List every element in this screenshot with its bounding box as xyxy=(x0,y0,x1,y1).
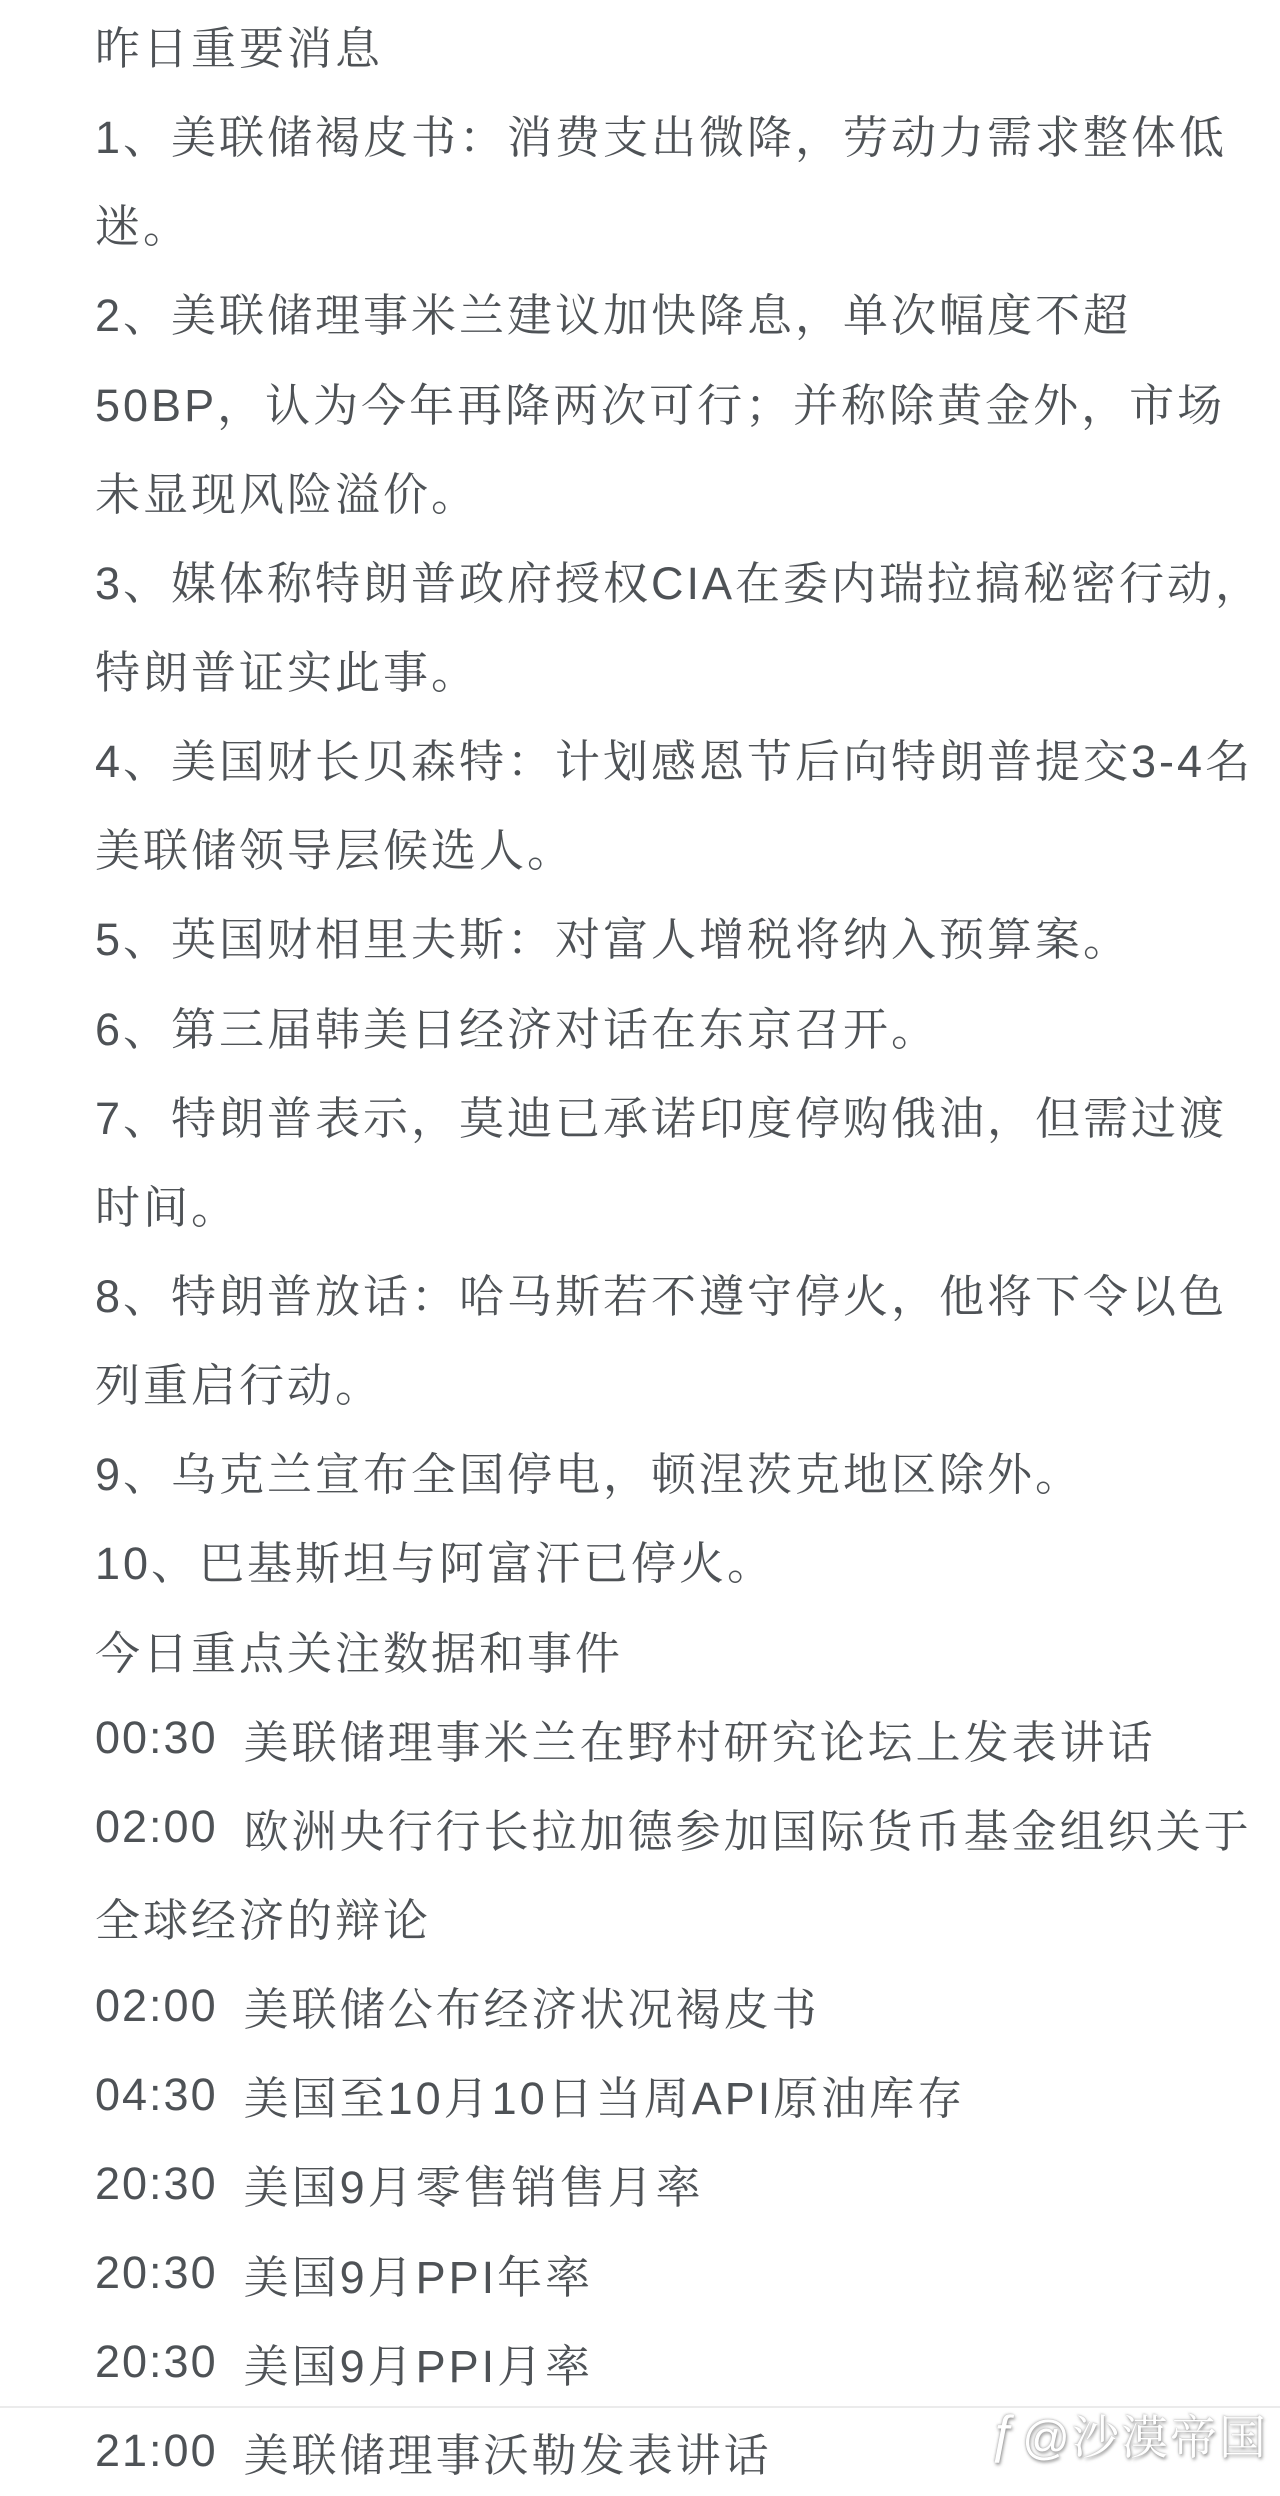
news-item-text: 特朗普证实此事。 xyxy=(95,636,479,701)
news-item-text: 6、第三届韩美日经济对话在东京召开。 xyxy=(95,993,939,1058)
event-time: 02:00 xyxy=(95,1980,218,2032)
news-item-7-line-1: 7、特朗普表示，莫迪已承诺印度停购俄油，但需过渡 xyxy=(95,1070,1280,1159)
news-item-4-line-1: 4、美国财长贝森特：计划感恩节后向特朗普提交3-4名 xyxy=(95,713,1280,802)
event-text: 欧洲央行行长拉加德参加国际货币基金组织关于 xyxy=(244,1795,1252,1860)
news-item-text: 迷。 xyxy=(95,190,191,255)
article-body: 昨日重要消息1、美联储褐皮书：消费支出微降，劳动力需求整体低迷。2、美联储理事米… xyxy=(0,0,1280,2496)
news-item-text: 10、巴基斯坦与阿富汗已停火。 xyxy=(95,1527,775,1592)
event-7-line-1: 20:30美国9月PPI月率 xyxy=(95,2318,1280,2407)
news-item-6-line-1: 6、第三届韩美日经济对话在东京召开。 xyxy=(95,981,1280,1070)
event-text: 美联储理事沃勒发表讲话 xyxy=(244,2419,772,2484)
event-time: 00:30 xyxy=(95,1712,218,1764)
news-item-text: 列重启行动。 xyxy=(95,1349,383,1414)
event-text: 美国9月PPI月率 xyxy=(244,2330,594,2395)
event-time: 20:30 xyxy=(95,2158,218,2210)
news-item-text: 7、特朗普表示，莫迪已承诺印度停购俄油，但需过渡 xyxy=(95,1082,1227,1147)
news-item-1-line-1: 1、美联储褐皮书：消费支出微降，劳动力需求整体低 xyxy=(95,89,1280,178)
news-item-10-line-1: 10、巴基斯坦与阿富汗已停火。 xyxy=(95,1515,1280,1604)
news-item-text: 9、乌克兰宣布全国停电，顿涅茨克地区除外。 xyxy=(95,1438,1083,1503)
news-item-text: 8、特朗普放话：哈马斯若不遵守停火，他将下令以色 xyxy=(95,1260,1227,1325)
today-heading-text: 今日重点关注数据和事件 xyxy=(95,1617,623,1682)
event-text: 美联储理事米兰在野村研究论坛上发表讲话 xyxy=(244,1706,1156,1771)
event-time: 21:00 xyxy=(95,2425,218,2477)
news-item-text: 时间。 xyxy=(95,1171,239,1236)
news-item-3-line-2: 特朗普证实此事。 xyxy=(95,624,1280,713)
news-item-2-line-3: 未显现风险溢价。 xyxy=(95,446,1280,535)
event-time: 20:30 xyxy=(95,2247,218,2299)
news-item-text: 50BP，认为今年再降两次可行；并称除黄金外，市场 xyxy=(95,369,1225,434)
news-item-1-line-2: 迷。 xyxy=(95,178,1280,267)
event-1-line-1: 00:30美联储理事米兰在野村研究论坛上发表讲话 xyxy=(95,1694,1280,1783)
event-text: 全球经济的辩论 xyxy=(95,1884,431,1949)
event-5-line-1: 20:30美国9月零售销售月率 xyxy=(95,2139,1280,2228)
event-2-line-2: 全球经济的辩论 xyxy=(95,1872,1280,1961)
news-item-2-line-1: 2、美联储理事米兰建议加快降息，单次幅度不超 xyxy=(95,267,1280,356)
event-text: 美国9月PPI年率 xyxy=(244,2241,594,2306)
news-item-text: 4、美国财长贝森特：计划感恩节后向特朗普提交3-4名 xyxy=(95,725,1253,790)
news-item-text: 美联储领导层候选人。 xyxy=(95,814,575,879)
news-item-text: 未显现风险溢价。 xyxy=(95,458,479,523)
event-text: 美联储公布经济状况褐皮书 xyxy=(244,1973,820,2038)
event-2-line-1: 02:00欧洲央行行长拉加德参加国际货币基金组织关于 xyxy=(95,1783,1280,1872)
event-time: 04:30 xyxy=(95,2069,218,2121)
today-heading: 今日重点关注数据和事件 xyxy=(95,1605,1280,1694)
yesterday-heading: 昨日重要消息 xyxy=(95,0,1280,89)
news-item-text: 2、美联储理事米兰建议加快降息，单次幅度不超 xyxy=(95,279,1131,344)
event-time: 20:30 xyxy=(95,2336,218,2388)
article-page: 昨日重要消息1、美联储褐皮书：消费支出微降，劳动力需求整体低迷。2、美联储理事米… xyxy=(0,0,1280,2496)
news-item-3-line-1: 3、媒体称特朗普政府授权CIA在委内瑞拉搞秘密行动， xyxy=(95,535,1280,624)
news-item-9-line-1: 9、乌克兰宣布全国停电，顿涅茨克地区除外。 xyxy=(95,1426,1280,1515)
news-item-text: 1、美联储褐皮书：消费支出微降，劳动力需求整体低 xyxy=(95,101,1227,166)
event-4-line-1: 04:30美国至10月10日当周API原油库存 xyxy=(95,2050,1280,2139)
event-8-line-1: 21:00美联储理事沃勒发表讲话 xyxy=(95,2407,1280,2496)
news-item-8-line-1: 8、特朗普放话：哈马斯若不遵守停火，他将下令以色 xyxy=(95,1248,1280,1337)
news-item-text: 3、媒体称特朗普政府授权CIA在委内瑞拉搞秘密行动， xyxy=(95,547,1263,612)
event-text: 美国至10月10日当周API原油库存 xyxy=(244,2062,966,2127)
news-item-8-line-2: 列重启行动。 xyxy=(95,1337,1280,1426)
news-item-4-line-2: 美联储领导层候选人。 xyxy=(95,802,1280,891)
yesterday-heading-text: 昨日重要消息 xyxy=(95,12,383,77)
event-text: 美国9月零售销售月率 xyxy=(244,2151,704,2216)
news-item-7-line-2: 时间。 xyxy=(95,1159,1280,1248)
news-item-5-line-1: 5、英国财相里夫斯：对富人增税将纳入预算案。 xyxy=(95,891,1280,980)
event-3-line-1: 02:00美联储公布经济状况褐皮书 xyxy=(95,1961,1280,2050)
news-item-2-line-2: 50BP，认为今年再降两次可行；并称除黄金外，市场 xyxy=(95,357,1280,446)
event-time: 02:00 xyxy=(95,1801,218,1853)
event-6-line-1: 20:30美国9月PPI年率 xyxy=(95,2229,1280,2318)
news-item-text: 5、英国财相里夫斯：对富人增税将纳入预算案。 xyxy=(95,903,1131,968)
